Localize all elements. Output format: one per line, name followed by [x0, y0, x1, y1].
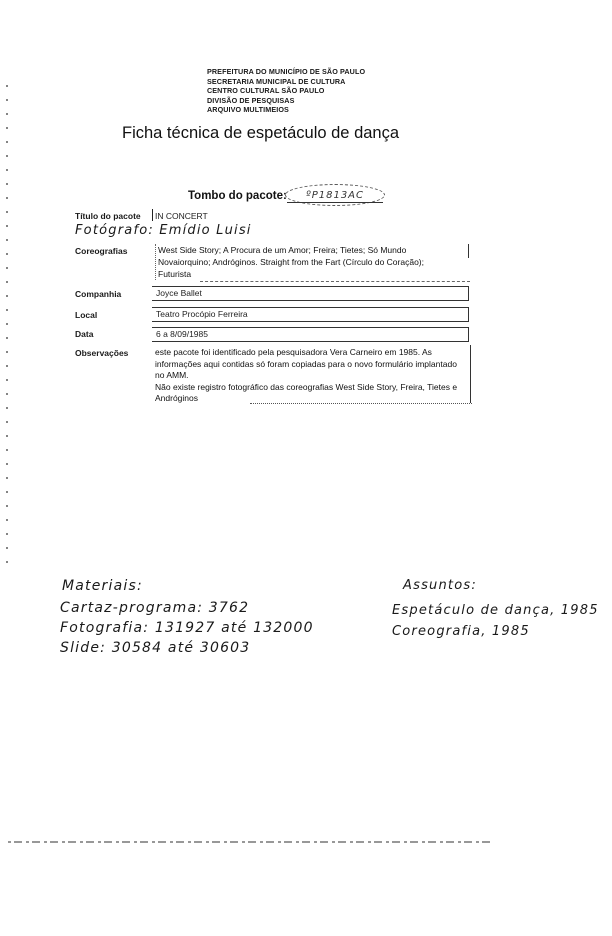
observacoes-label: Observações [75, 348, 128, 358]
field-border [250, 403, 472, 404]
titulo-label: Título do pacote [75, 211, 141, 221]
coreografias-label: Coreografias [75, 246, 127, 256]
tombo-underline [287, 202, 383, 203]
assuntos-line: Espetáculo de dança, 1985 [392, 603, 599, 618]
field-border [200, 281, 470, 282]
data-label: Data [75, 329, 93, 339]
header-line: CENTRO CULTURAL SÃO PAULO [207, 86, 365, 96]
materiais-line: Fotografia: 131927 até 132000 [60, 620, 314, 636]
companhia-value: Joyce Ballet [156, 287, 202, 300]
field-border [468, 244, 469, 258]
fotografo-handwritten: Fotógrafo: Emídio Luisi [75, 223, 252, 238]
scan-edge-marks [6, 85, 8, 565]
scan-bottom-line [8, 841, 493, 843]
materiais-line: Slide: 30584 até 30603 [60, 640, 250, 656]
header-line: ARQUIVO MULTIMEIOS [207, 105, 365, 115]
observacoes-value: este pacote foi identificado pela pesqui… [155, 347, 465, 405]
document-title: Ficha técnica de espetáculo de dança [122, 124, 399, 143]
field-separator [152, 209, 153, 221]
materiais-title: Materiais: [62, 578, 143, 594]
tombo-label: Tombo do pacote: [188, 190, 287, 202]
header-line: SECRETARIA MUNICIPAL DE CULTURA [207, 77, 365, 87]
titulo-value: IN CONCERT [155, 211, 208, 221]
data-field: 6 a 8/09/1985 [152, 327, 469, 342]
coreografias-value: West Side Story; A Procura de um Amor; F… [155, 244, 458, 280]
data-value: 6 a 8/09/1985 [156, 328, 208, 341]
assuntos-title: Assuntos: [403, 578, 477, 593]
institution-header: PREFEITURA DO MUNICÍPIO DE SÃO PAULO SEC… [207, 67, 365, 115]
companhia-label: Companhia [75, 289, 121, 299]
local-value: Teatro Procópio Ferreira [156, 308, 248, 321]
header-line: PREFEITURA DO MUNICÍPIO DE SÃO PAULO [207, 67, 365, 77]
assuntos-line: Coreografia, 1985 [392, 624, 530, 639]
companhia-field: Joyce Ballet [152, 286, 469, 301]
materiais-line: Cartaz-programa: 3762 [60, 600, 249, 616]
local-field: Teatro Procópio Ferreira [152, 307, 469, 322]
header-line: DIVISÃO DE PESQUISAS [207, 96, 365, 106]
field-border [470, 345, 471, 403]
local-label: Local [75, 310, 97, 320]
